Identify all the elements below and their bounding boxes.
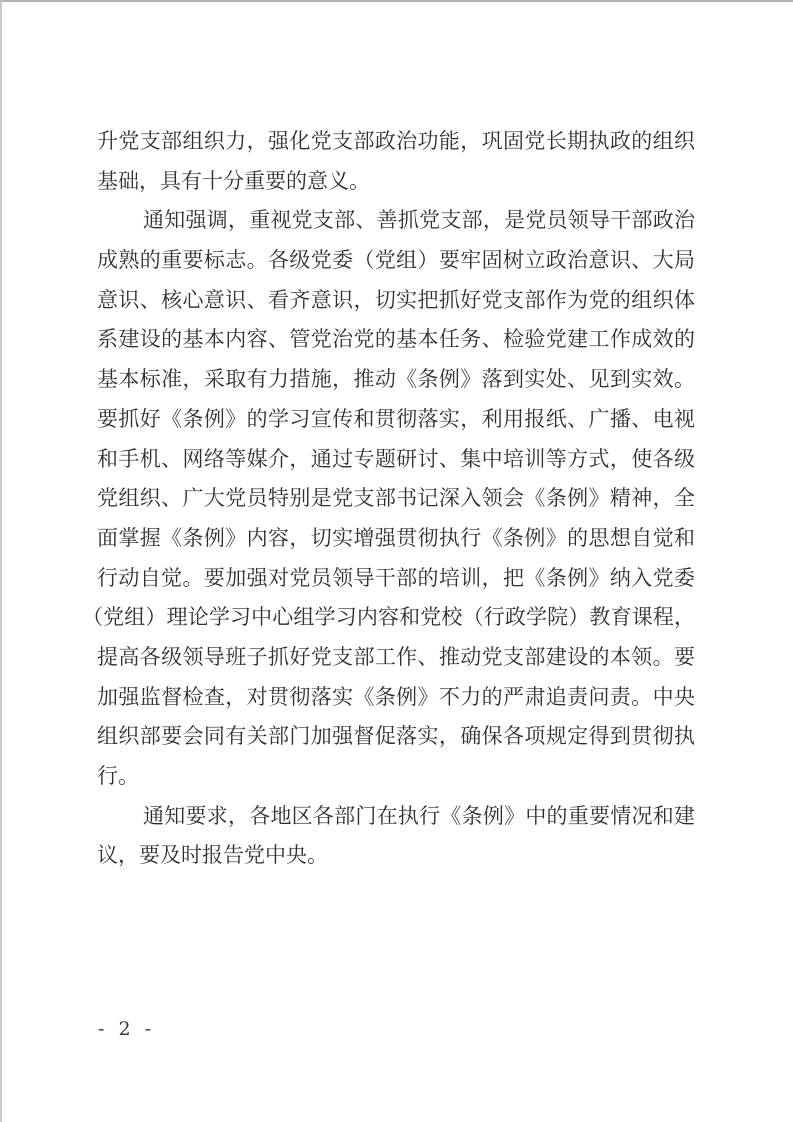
page-number: - 2 - <box>98 1018 155 1040</box>
document-line: 升党支部组织力，强化党支部政治功能，巩固党长期执政的组织 <box>97 122 695 162</box>
document-line: 行动自觉。要加强对党员领导干部的培训，把《条例》纳入党委 <box>97 559 695 599</box>
document-line: 成熟的重要标志。各级党委（党组）要牢固树立政治意识、大局 <box>97 241 695 281</box>
document-line: （党组）理论学习中心组学习内容和党校（行政学院）教育课程， <box>97 598 695 638</box>
document-line: 和手机、网络等媒介，通过专题研讨、集中培训等方式，使各级 <box>97 440 695 480</box>
document-line: 行。 <box>97 757 695 797</box>
document-line: 通知强调，重视党支部、善抓党支部，是党员领导干部政治 <box>97 201 695 241</box>
document-line: 系建设的基本内容、管党治党的基本任务、检验党建工作成效的 <box>97 320 695 360</box>
document-line: 议，要及时报告党中央。 <box>97 836 695 876</box>
document-line: 基础，具有十分重要的意义。 <box>97 162 695 202</box>
document-line: 意识、核心意识、看齐意识，切实把抓好党支部作为党的组织体 <box>97 281 695 321</box>
document-line: 面掌握《条例》内容，切实增强贯彻执行《条例》的思想自觉和 <box>97 519 695 559</box>
document-line: 要抓好《条例》的学习宣传和贯彻落实，利用报纸、广播、电视 <box>97 400 695 440</box>
document-page: 升党支部组织力，强化党支部政治功能，巩固党长期执政的组织 基础，具有十分重要的意… <box>0 0 793 1122</box>
document-line: 加强监督检查，对贯彻落实《条例》不力的严肃追责问责。中央 <box>97 678 695 718</box>
document-line: 基本标准，采取有力措施，推动《条例》落到实处、见到实效。 <box>97 360 695 400</box>
document-line: 通知要求，各地区各部门在执行《条例》中的重要情况和建 <box>97 797 695 837</box>
document-line: 组织部要会同有关部门加强督促落实，确保各项规定得到贯彻执 <box>97 717 695 757</box>
document-body: 升党支部组织力，强化党支部政治功能，巩固党长期执政的组织 基础，具有十分重要的意… <box>97 122 695 876</box>
document-line: 提高各级领导班子抓好党支部工作、推动党支部建设的本领。要 <box>97 638 695 678</box>
document-line: 党组织、广大党员特别是党支部书记深入领会《条例》精神，全 <box>97 479 695 519</box>
